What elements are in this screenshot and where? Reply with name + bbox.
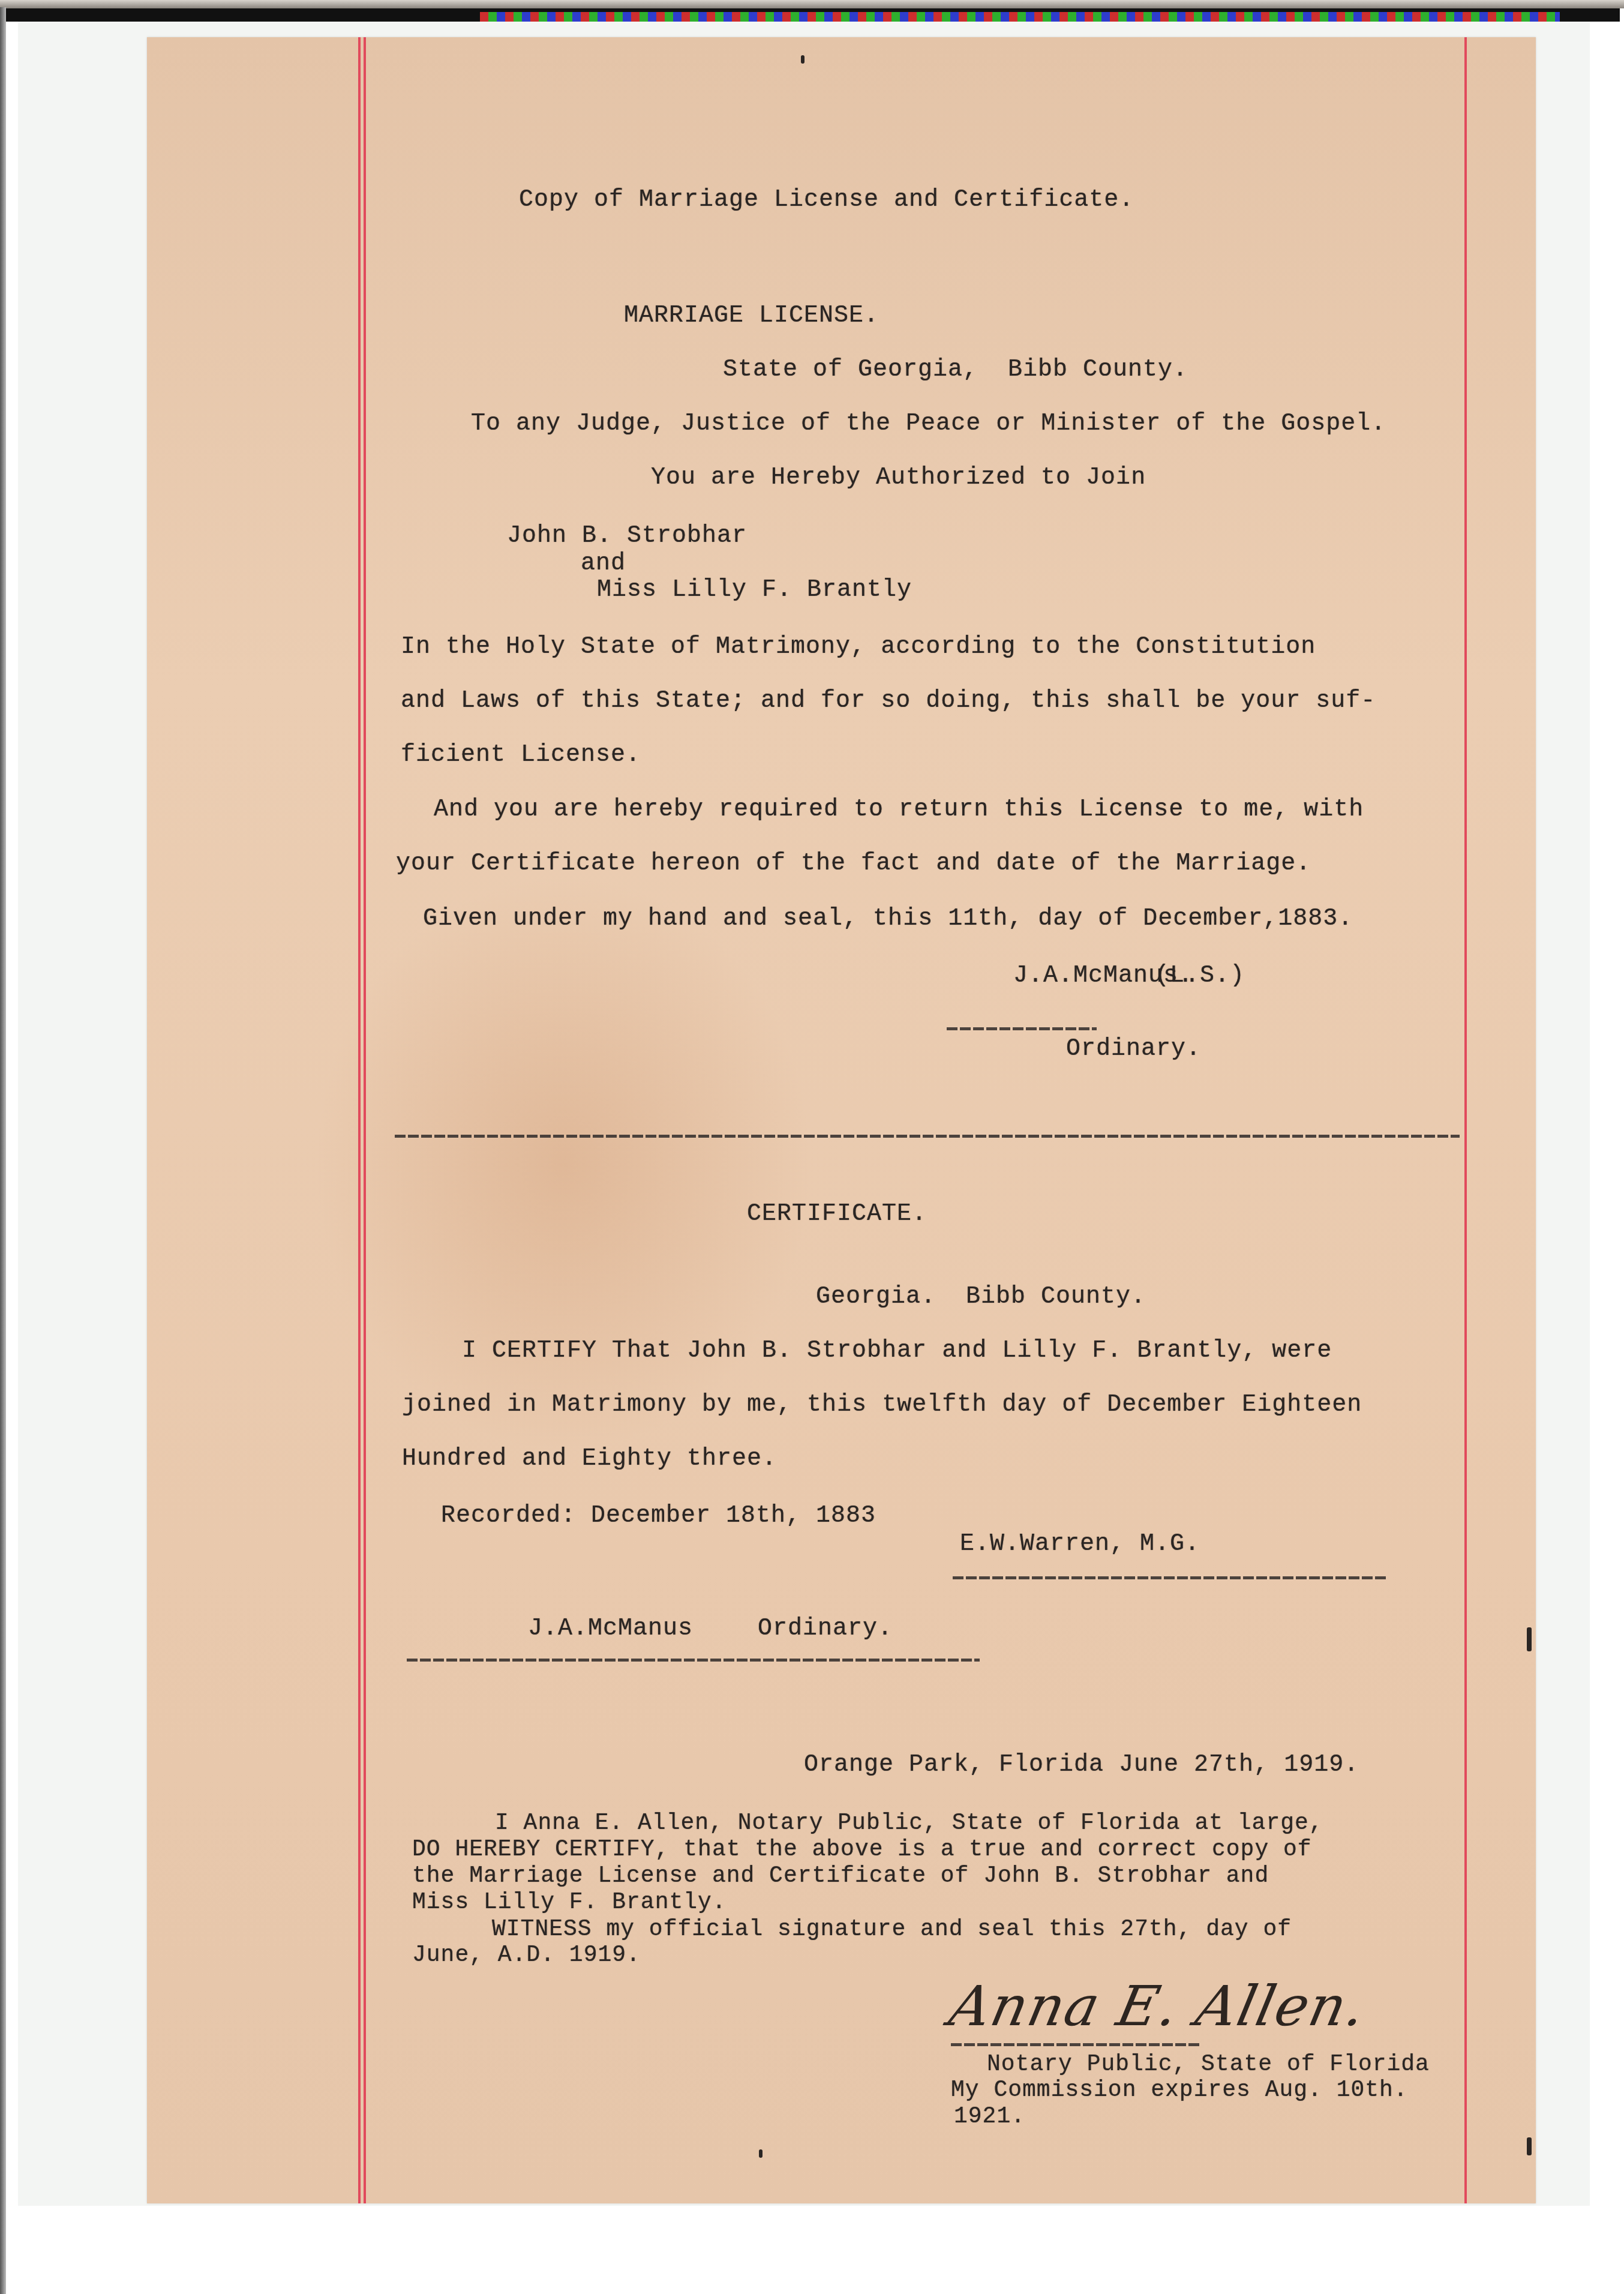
- license-return-line-1: And you are hereby required to return th…: [434, 798, 1364, 822]
- paper-speck: [759, 2149, 763, 2158]
- notary-body-line-3: the Marriage License and Certificate of …: [412, 1865, 1269, 1888]
- signature-line: [947, 1027, 1097, 1030]
- right-margin-rule: [1464, 37, 1467, 2203]
- notary-title-line-3: 1921.: [954, 2106, 1025, 2128]
- license-body-line-1: In the Holy State of Matrimony, accordin…: [401, 635, 1316, 659]
- notary-body-line-4: Miss Lilly F. Brantly.: [412, 1891, 727, 1914]
- document-title: Copy of Marriage License and Certificate…: [519, 188, 1134, 212]
- recorded-date: Recorded: December 18th, 1883: [441, 1504, 876, 1528]
- officiant-name: E.W.Warren, M.G.: [960, 1533, 1200, 1557]
- notary-body-line-6: June, A.D. 1919.: [412, 1944, 641, 1967]
- left-margin-rule-inner: [364, 37, 366, 2203]
- section-divider: [395, 1135, 1460, 1138]
- license-signer-title: Ordinary.: [1066, 1037, 1201, 1061]
- license-given-line: Given under my hand and seal, this 11th,…: [423, 907, 1353, 931]
- recorder-signature-line: [407, 1659, 980, 1662]
- recorder-title: Ordinary.: [758, 1617, 893, 1641]
- certificate-body-line-2: joined in Matrimony by me, this twelfth …: [402, 1393, 1362, 1417]
- license-addressee: To any Judge, Justice of the Peace or Mi…: [471, 412, 1386, 436]
- certificate-body-line-1: I CERTIFY That John B. Strobhar and Lill…: [462, 1339, 1332, 1363]
- notary-body-line-2: DO HEREBY CERTIFY, that the above is a t…: [412, 1839, 1312, 1861]
- license-jurisdiction: State of Georgia, Bibb County.: [723, 358, 1188, 382]
- notary-signature: Anna E. Allen.: [944, 1974, 1373, 2038]
- recorder-name: J.A.McManus: [528, 1617, 693, 1641]
- scanner-top-edge: [0, 0, 1624, 8]
- notary-title-line-1: Notary Public, State of Florida: [987, 2053, 1430, 2076]
- certificate-body-line-3: Hundred and Eighty three.: [402, 1447, 777, 1471]
- officiant-signature-line: [953, 1576, 1388, 1579]
- notary-signature-line: [951, 2043, 1200, 2046]
- notary-title-line-2: My Commission expires Aug. 10th.: [951, 2079, 1408, 2102]
- certificate-jurisdiction: Georgia. Bibb County.: [816, 1285, 1146, 1309]
- license-body-line-2: and Laws of this State; and for so doing…: [401, 689, 1376, 713]
- bride-name: Miss Lilly F. Brantly: [597, 578, 912, 602]
- scanner-left-edge: [0, 7, 6, 2294]
- left-margin-rule: [358, 37, 361, 2203]
- paper-speck: [801, 55, 805, 64]
- groom-name: John B. Strobhar: [507, 524, 747, 548]
- license-body-line-3: ficient License.: [401, 743, 641, 767]
- paper-tear-mark: [1527, 1627, 1532, 1651]
- notary-place-date: Orange Park, Florida June 27th, 1919.: [804, 1753, 1359, 1777]
- notary-body-line-5: WITNESS my official signature and seal t…: [492, 1918, 1292, 1941]
- scan-background: Copy of Marriage License and Certificate…: [0, 0, 1624, 2294]
- license-heading: MARRIAGE LICENSE.: [624, 304, 879, 328]
- conjunction: and: [581, 552, 626, 576]
- license-return-line-2: your Certificate hereon of the fact and …: [396, 852, 1311, 876]
- certificate-heading: CERTIFICATE.: [747, 1203, 927, 1227]
- scanner-color-artifact: [480, 12, 1560, 22]
- document-page: Copy of Marriage License and Certificate…: [147, 37, 1536, 2203]
- paper-tear-mark: [1527, 2137, 1532, 2155]
- notary-body-line-1: I Anna E. Allen, Notary Public, State of…: [495, 1812, 1323, 1835]
- seal-mark: (L.S.): [1155, 964, 1245, 988]
- license-authorization: You are Hereby Authorized to Join: [651, 466, 1146, 490]
